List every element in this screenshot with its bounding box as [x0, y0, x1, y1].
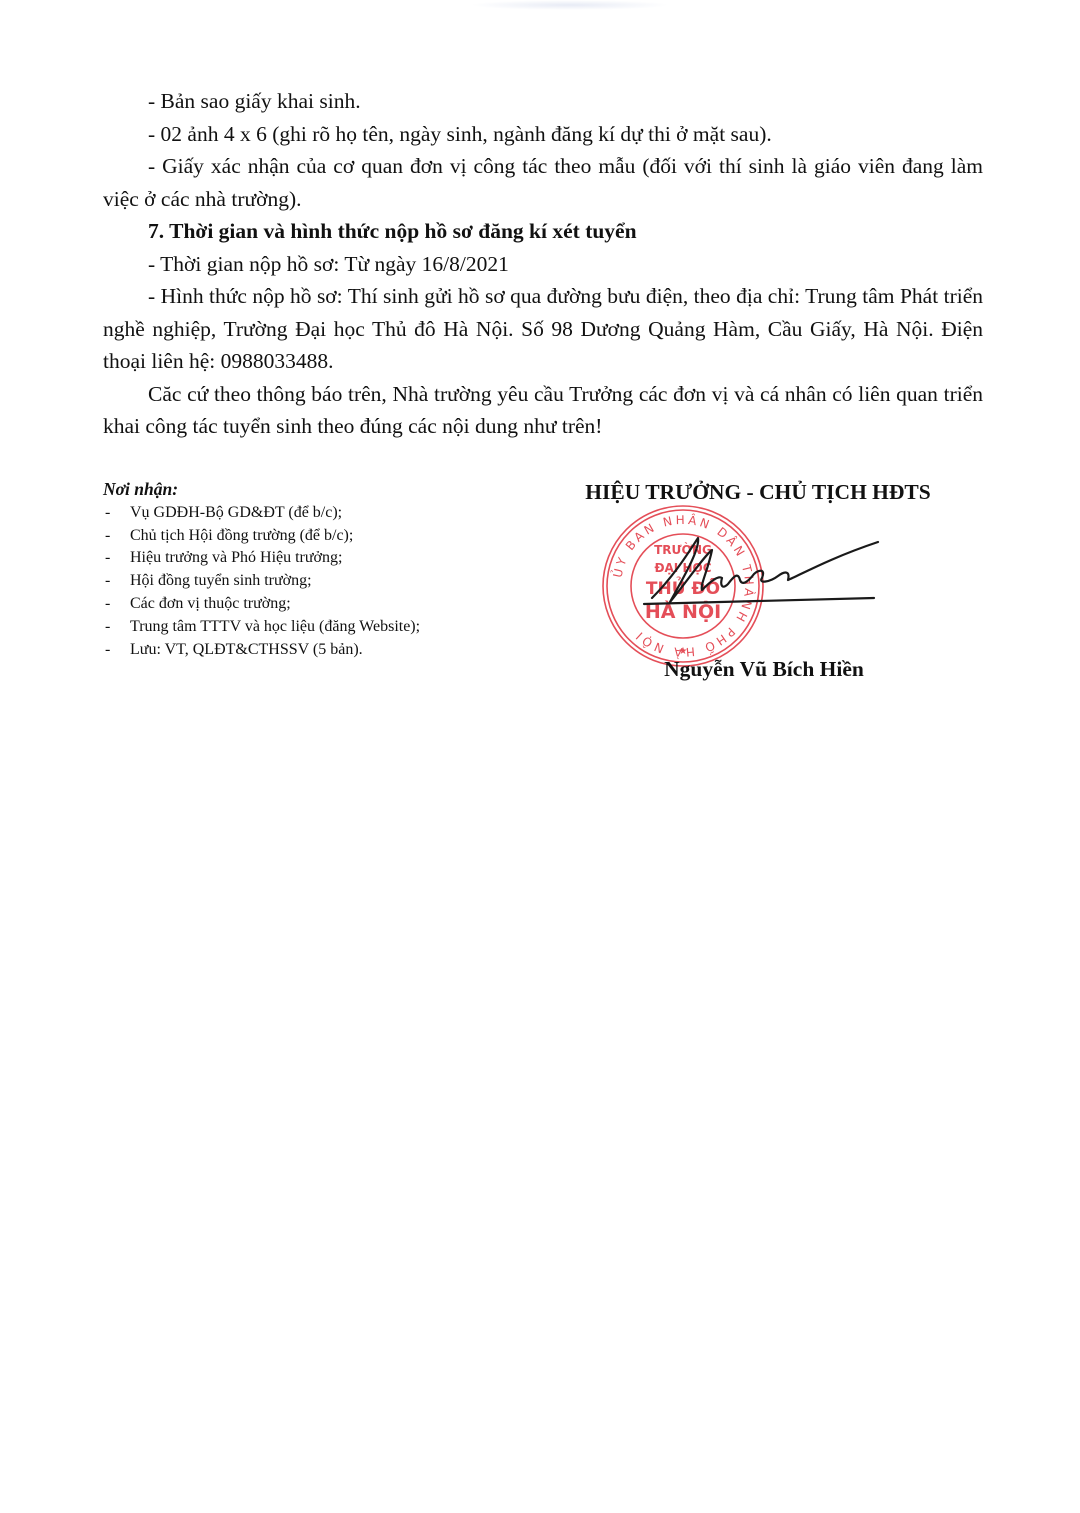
list-item: - Bản sao giấy khai sinh. [103, 85, 983, 118]
recipients-title: Nơi nhận: [103, 478, 523, 501]
submission-method: - Hình thức nộp hồ sơ: Thí sinh gửi hồ s… [103, 280, 983, 378]
recipients-list: Vụ GDĐH-Bộ GD&ĐT (để b/c); Chủ tịch Hội … [103, 502, 523, 662]
recipient-item: Lưu: VT, QLĐT&CTHSSV (5 bản). [103, 639, 523, 662]
recipients-block: Nơi nhận: Vụ GDĐH-Bộ GD&ĐT (để b/c); Chủ… [103, 478, 523, 661]
scan-artifact [470, 0, 670, 10]
signatory-name: Nguyễn Vũ Bích Hiền [552, 657, 964, 682]
recipient-item: Trung tâm TTTV và học liệu (đăng Website… [103, 616, 523, 639]
document-body: - Bản sao giấy khai sinh. - 02 ảnh 4 x 6… [103, 85, 983, 443]
list-item: - 02 ảnh 4 x 6 (ghi rõ họ tên, ngày sinh… [103, 118, 983, 151]
document-page: - Bản sao giấy khai sinh. - 02 ảnh 4 x 6… [0, 0, 1080, 1513]
recipient-item: Các đơn vị thuộc trường; [103, 593, 523, 616]
svg-text:★: ★ [679, 646, 688, 657]
signature-icon [630, 520, 890, 640]
list-item: - Giấy xác nhận của cơ quan đơn vị công … [103, 150, 983, 215]
submission-time: - Thời gian nộp hồ sơ: Từ ngày 16/8/2021 [103, 248, 983, 281]
recipient-item: Hiệu trưởng và Phó Hiệu trưởng; [103, 547, 523, 570]
closing-paragraph: Căc cứ theo thông báo trên, Nhà trường y… [103, 378, 983, 443]
section-heading: 7. Thời gian và hình thức nộp hồ sơ đăng… [103, 215, 983, 248]
recipient-item: Vụ GDĐH-Bộ GD&ĐT (để b/c); [103, 502, 523, 525]
recipient-item: Hội đồng tuyển sinh trường; [103, 570, 523, 593]
recipient-item: Chủ tịch Hội đồng trường (để b/c); [103, 525, 523, 548]
